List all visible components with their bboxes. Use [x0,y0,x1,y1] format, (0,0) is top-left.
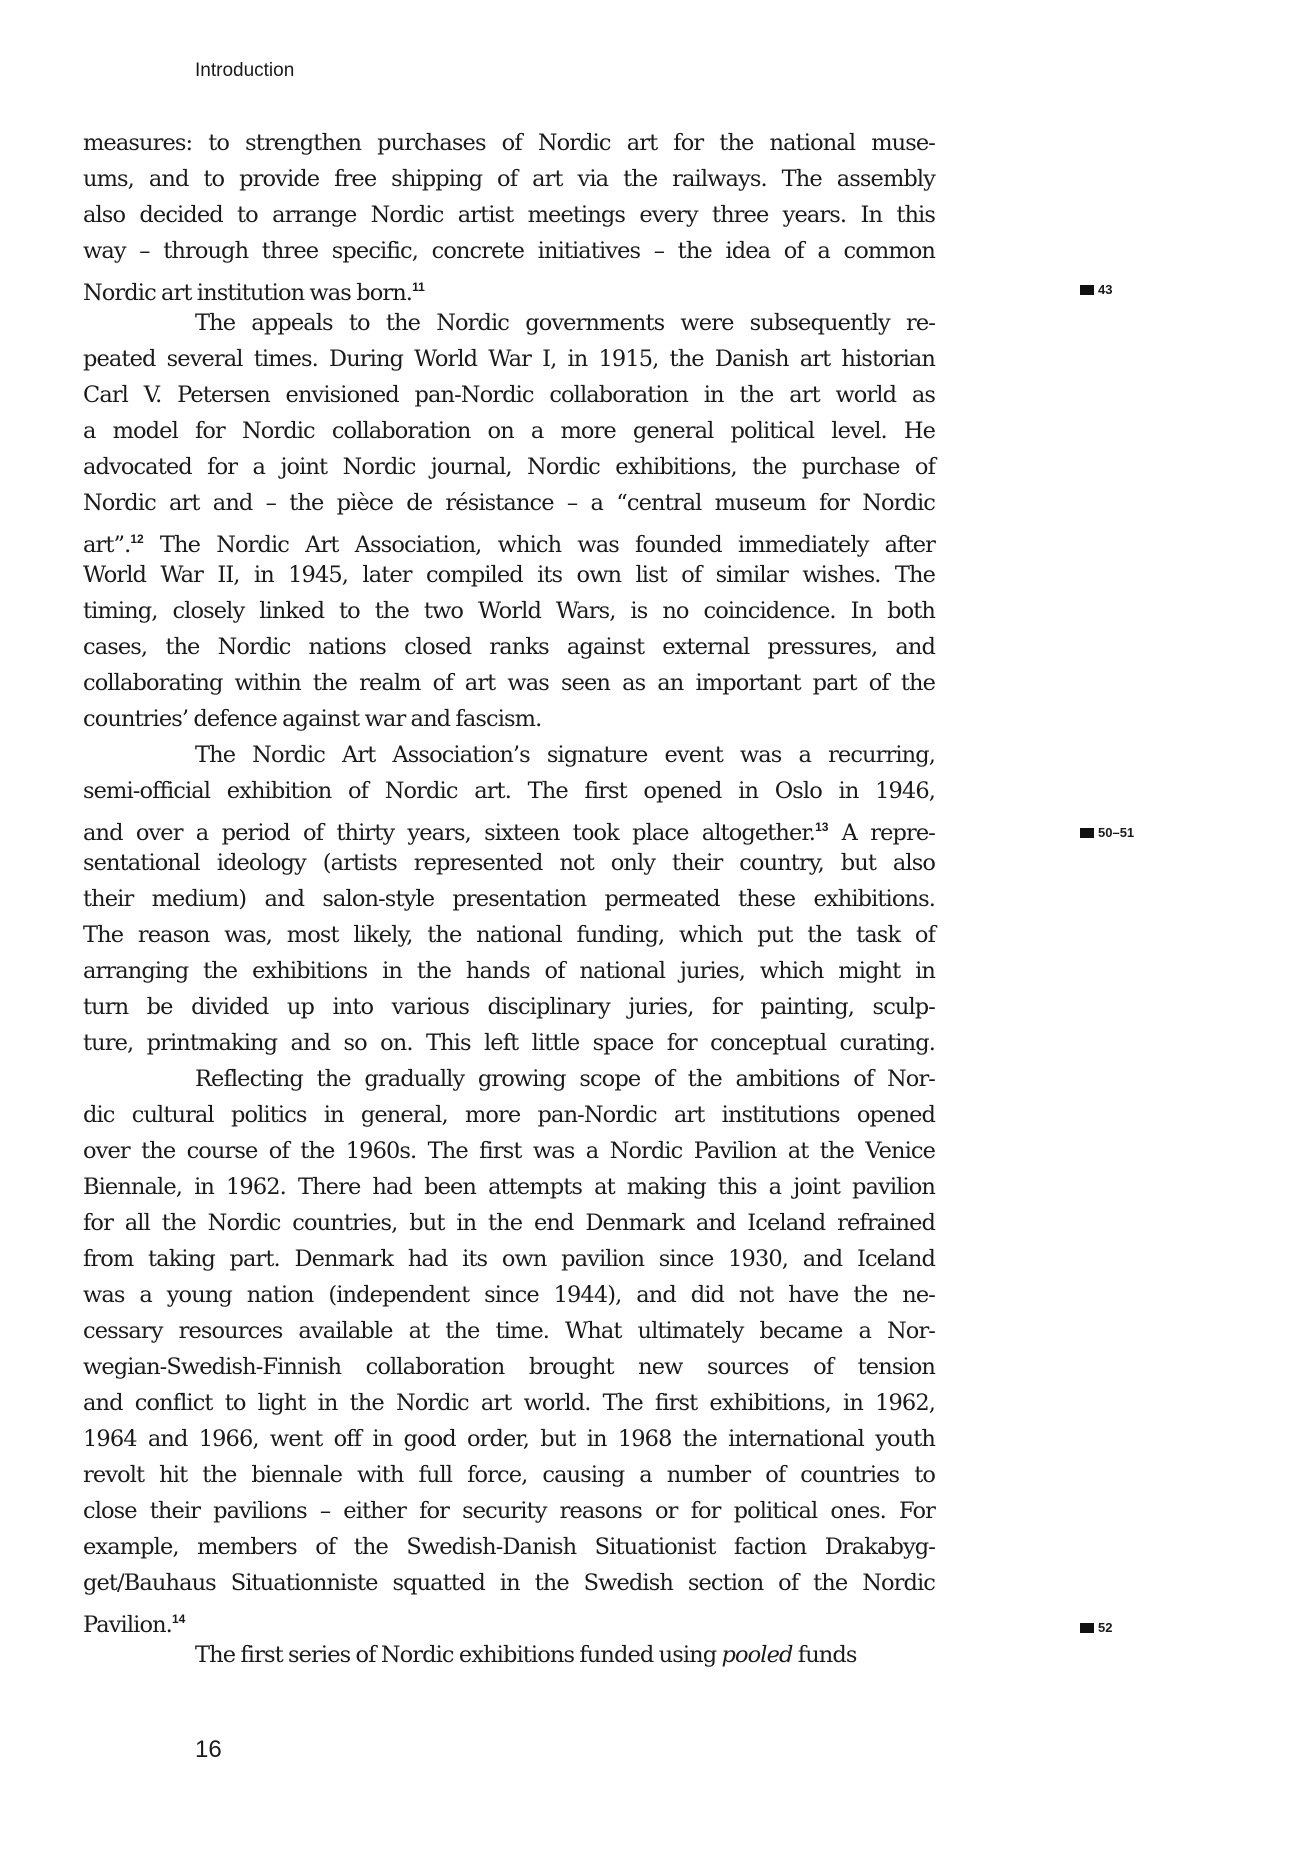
footnote-reference[interactable]: 13 [815,820,828,834]
text-line: and over a period of thirty years, sixte… [83,809,935,845]
text-line: The first series of Nordic exhibitions f… [83,1637,935,1673]
text-line: from taking part. Denmark had its own pa… [83,1241,935,1277]
text-line: timing, closely linked to the two World … [83,593,935,629]
footnote-reference[interactable]: 12 [130,532,143,546]
text-line: art”.12 The Nordic Art Association, whic… [83,521,935,557]
running-head: Introduction [195,60,294,82]
text-line: turn be divided up into various discipli… [83,989,935,1025]
margin-page-reference[interactable]: 52 [1080,1620,1112,1635]
text-line: close their pavilions – either for secur… [83,1493,935,1529]
text-line: for all the Nordic countries, but in the… [83,1205,935,1241]
text-line: revolt hit the biennale with full force,… [83,1457,935,1493]
italic-text: pooled [722,1642,793,1668]
text-line: cessary resources available at the time.… [83,1313,935,1349]
text-line: measures: to strengthen purchases of Nor… [83,125,935,161]
text-line: get/Bauhaus Situationniste squatted in t… [83,1565,935,1601]
text-line: World War II, in 1945, later compiled it… [83,557,935,593]
body-text: measures: to strengthen purchases of Nor… [83,125,935,1673]
square-marker-icon [1080,285,1094,295]
text-line: advocated for a joint Nordic journal, No… [83,449,935,485]
text-line: 1964 and 1966, went off in good order, b… [83,1421,935,1457]
text-line: ums, and to provide free shipping of art… [83,161,935,197]
text-line: semi-official exhibition of Nordic art. … [83,773,935,809]
margin-page-number: 43 [1098,282,1112,297]
page-number: 16 [195,1736,222,1764]
text-line: cases, the Nordic nations closed ranks a… [83,629,935,665]
margin-page-number: 50–51 [1098,825,1134,840]
margin-page-reference[interactable]: 43 [1080,282,1112,297]
text-line: also decided to arrange Nordic artist me… [83,197,935,233]
text-line: Reflecting the gradually growing scope o… [83,1061,935,1097]
footnote-reference[interactable]: 11 [412,280,425,294]
text-line: a model for Nordic collaboration on a mo… [83,413,935,449]
margin-page-reference[interactable]: 50–51 [1080,825,1134,840]
text-line: was a young nation (independent since 19… [83,1277,935,1313]
text-line: dic cultural politics in general, more p… [83,1097,935,1133]
text-line: ture, printmaking and so on. This left l… [83,1025,935,1061]
text-line: Nordic art institution was born.11 [83,269,935,305]
margin-page-number: 52 [1098,1620,1112,1635]
square-marker-icon [1080,1623,1094,1633]
text-line: Biennale, in 1962. There had been attemp… [83,1169,935,1205]
text-line: over the course of the 1960s. The first … [83,1133,935,1169]
footnote-reference[interactable]: 14 [172,1612,185,1626]
text-line: and conflict to light in the Nordic art … [83,1385,935,1421]
text-line: Pavilion.14 [83,1601,935,1637]
text-line: sentational ideology (artists represente… [83,845,935,881]
text-line: peated several times. During World War I… [83,341,935,377]
text-line: way – through three specific, concrete i… [83,233,935,269]
text-line: The reason was, most likely, the nationa… [83,917,935,953]
text-line: wegian-Swedish-Finnish collaboration bro… [83,1349,935,1385]
text-line: countries’ defence against war and fasci… [83,701,935,737]
text-line: Nordic art and – the pièce de résistance… [83,485,935,521]
square-marker-icon [1080,828,1094,838]
text-line: The Nordic Art Association’s signature e… [83,737,935,773]
text-line: The appeals to the Nordic governments we… [83,305,935,341]
text-line: arranging the exhibitions in the hands o… [83,953,935,989]
text-line: example, members of the Swedish-Danish S… [83,1529,935,1565]
text-line: collaborating within the realm of art wa… [83,665,935,701]
text-line: their medium) and salon-style presentati… [83,881,935,917]
text-line: Carl V. Petersen envisioned pan-Nordic c… [83,377,935,413]
